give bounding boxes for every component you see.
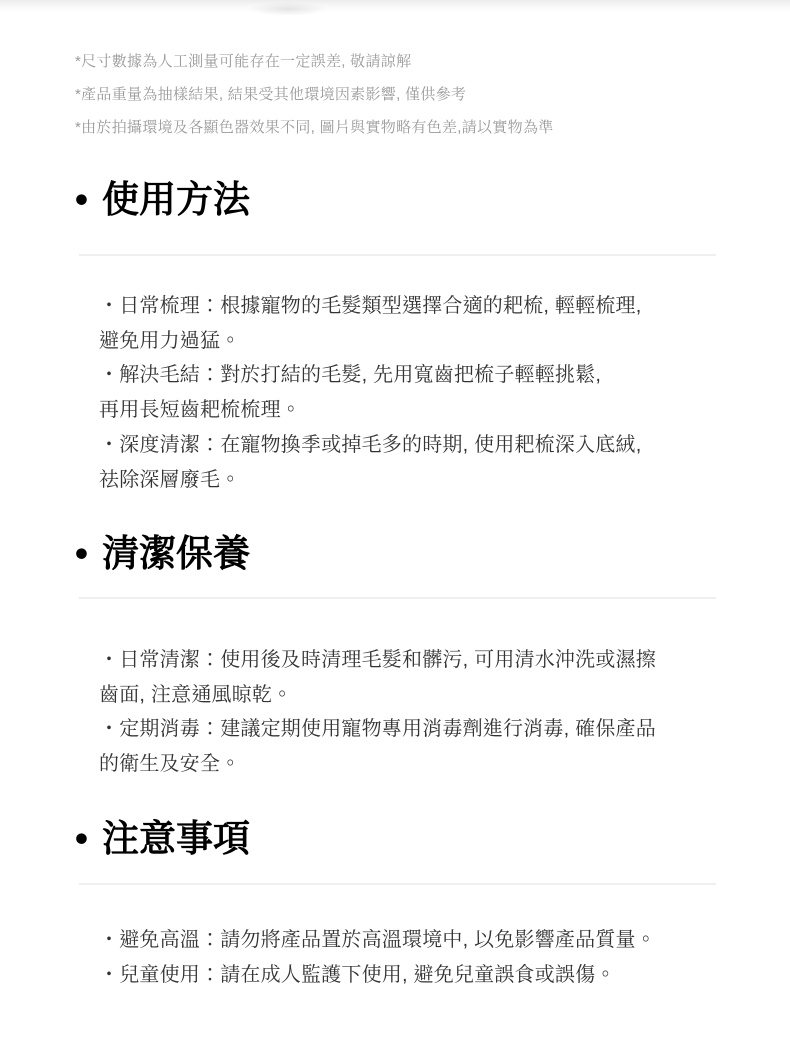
section-title: 注意事項	[102, 815, 250, 863]
section-title: 使用方法	[102, 176, 250, 224]
section-bullet: •	[75, 530, 88, 578]
body-line: 的衛生及安全。	[99, 747, 721, 782]
disclaimer-line: *尺寸數據為人工測量可能存在一定誤差, 敬請諒解	[75, 45, 735, 78]
product-description-page: *尺寸數據為人工測量可能存在一定誤差, 敬請諒解 *產品重量為抽樣結果, 結果受…	[0, 0, 790, 1039]
body-line: 祛除深層廢毛。	[99, 463, 721, 498]
section-divider	[79, 254, 716, 256]
disclaimer-block: *尺寸數據為人工測量可能存在一定誤差, 敬請諒解 *產品重量為抽樣結果, 結果受…	[75, 45, 735, 144]
section-header-usage: • 使用方法	[75, 176, 735, 224]
section-body-cleaning: ・日常清潔：使用後及時清理毛髮和髒污, 可用清水沖洗或濕擦 齒面, 注意通風晾乾…	[99, 643, 721, 782]
disclaimer-line: *由於拍攝環境及各顯色器效果不同, 圖片與實物略有色差,請以實物為準	[75, 111, 735, 144]
section-divider	[79, 883, 716, 885]
body-line: ・解決毛結：對於打結的毛髮, 先用寬齒把梳子輕輕挑鬆,	[99, 358, 721, 393]
section-divider	[79, 597, 716, 599]
section-header-precautions: • 注意事項	[75, 815, 735, 863]
shadow-smudge	[248, 2, 328, 16]
section-bullet: •	[75, 815, 88, 863]
body-line: ・兒童使用：請在成人監護下使用, 避免兒童誤食或誤傷。	[99, 958, 721, 993]
section-body-usage: ・日常梳理：根據寵物的毛髮類型選擇合適的耙梳, 輕輕梳理, 避免用力過猛。 ・解…	[99, 289, 721, 497]
section-title: 清潔保養	[102, 530, 250, 578]
body-line: ・定期消毒：建議定期使用寵物專用消毒劑進行消毒, 確保產品	[99, 712, 721, 747]
disclaimer-line: *產品重量為抽樣結果, 結果受其他環境因素影響, 僅供參考	[75, 78, 735, 111]
body-line: ・避免高溫：請勿將產品置於高溫環境中, 以免影響產品質量。	[99, 923, 721, 958]
body-line: ・日常清潔：使用後及時清理毛髮和髒污, 可用清水沖洗或濕擦	[99, 643, 721, 678]
body-line: ・日常梳理：根據寵物的毛髮類型選擇合適的耙梳, 輕輕梳理,	[99, 289, 721, 324]
body-line: 再用長短齒耙梳梳理。	[99, 393, 721, 428]
previous-section-shadow	[0, 0, 790, 12]
body-line: 齒面, 注意通風晾乾。	[99, 678, 721, 713]
body-line: 避免用力過猛。	[99, 324, 721, 359]
section-header-cleaning: • 清潔保養	[75, 530, 735, 578]
section-bullet: •	[75, 176, 88, 224]
body-line: ・深度清潔：在寵物換季或掉毛多的時期, 使用耙梳深入底絨,	[99, 428, 721, 463]
section-body-precautions: ・避免高溫：請勿將產品置於高溫環境中, 以免影響產品質量。 ・兒童使用：請在成人…	[99, 923, 721, 992]
